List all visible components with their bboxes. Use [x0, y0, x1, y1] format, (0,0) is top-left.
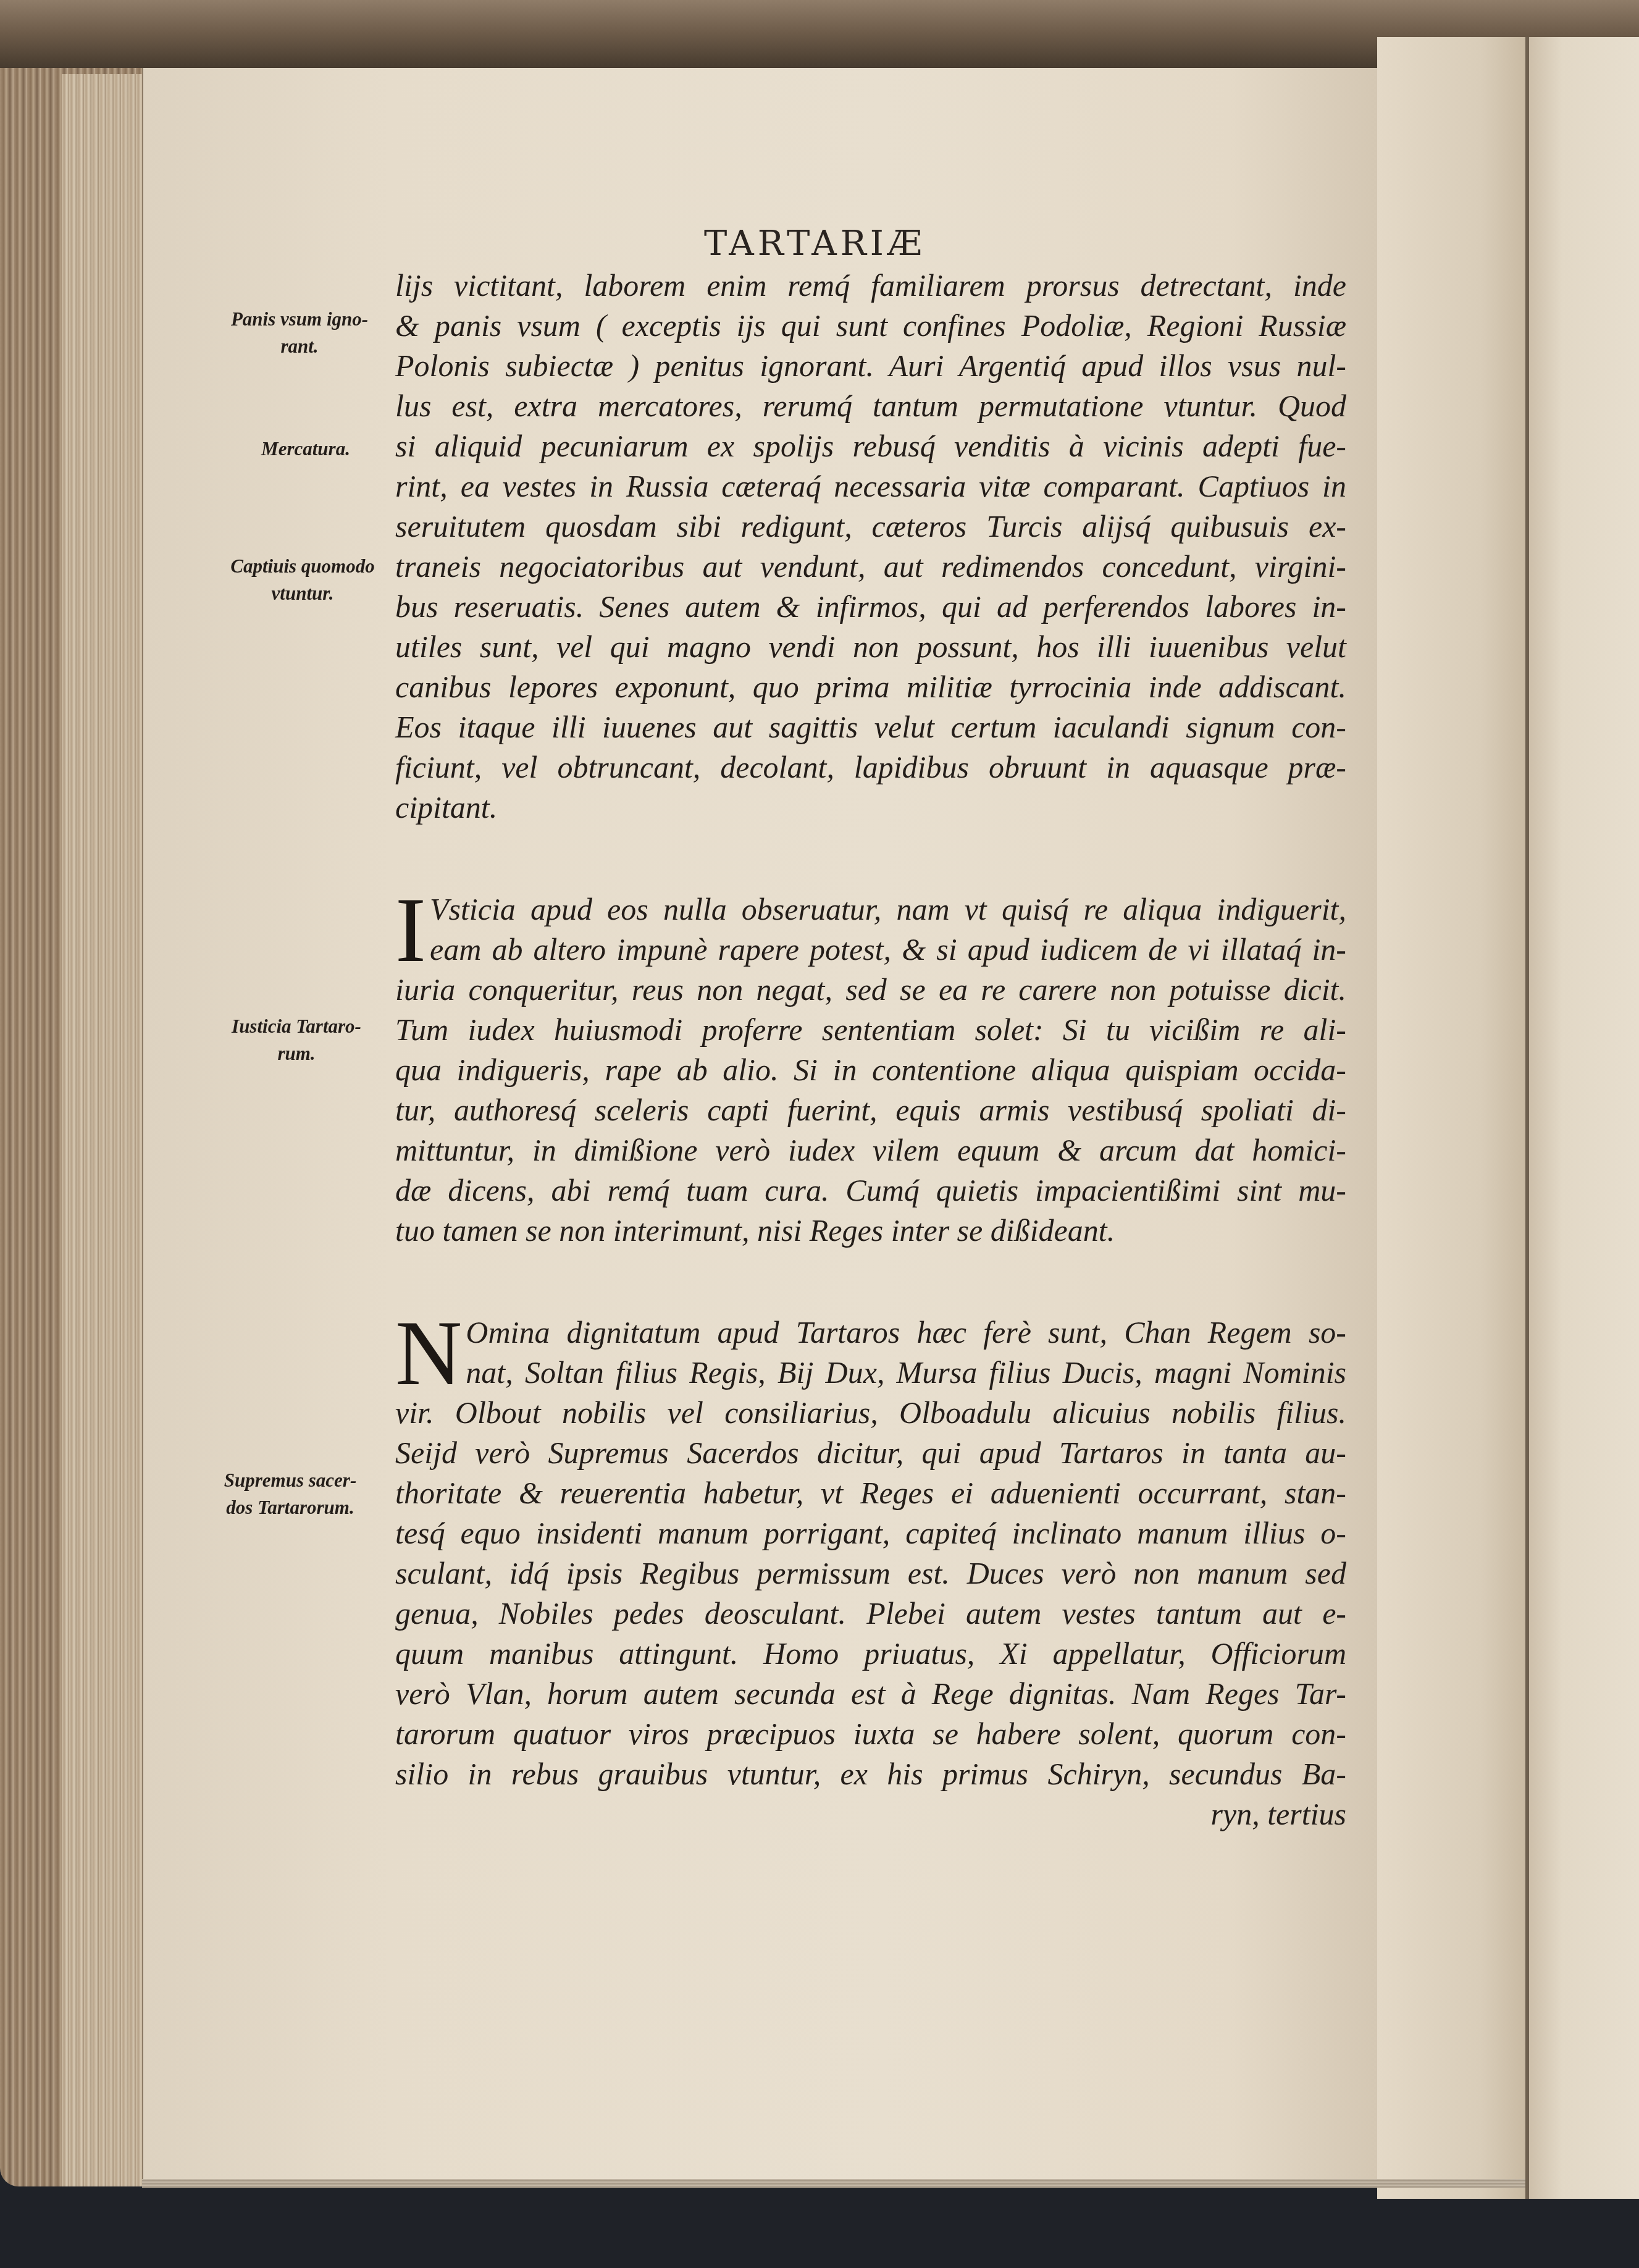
margin-note-line: rum.: [204, 1040, 389, 1067]
text-line: sculant, idq́ ipsis Regibus permissum es…: [395, 1553, 1346, 1594]
drop-cap-initial: I: [395, 893, 426, 967]
text-line: Eos itaque illi iuuenes aut sagittis vel…: [395, 707, 1346, 747]
paragraph-3: N Omina dignitatum apud Tartaros hæc fer…: [395, 1312, 1346, 1834]
text-line: mittuntur, in dimißione verò iudex vilem…: [395, 1130, 1346, 1170]
margin-note-line: Panis vsum igno-: [204, 306, 395, 333]
text-line: & panis vsum ( exceptis ijs qui sunt con…: [395, 306, 1346, 346]
text-line: quum manibus attingunt. Homo priuatus, X…: [395, 1634, 1346, 1674]
text-line: qua indigueris, rape ab alio. Si in cont…: [395, 1050, 1346, 1090]
margin-note-iusticia: Iusticia Tartaro- rum.: [204, 1013, 389, 1067]
page-stack: [62, 74, 142, 2186]
text-line: seruitutem quosdam sibi redigunt, cætero…: [395, 506, 1346, 547]
running-head: TARTARIÆ: [704, 224, 1075, 264]
margin-note-line: Supremus sacer-: [185, 1467, 395, 1494]
page-curve-shadow: [1377, 37, 1525, 2199]
text-line: Seijd verò Supremus Sacerdos dicitur, qu…: [395, 1433, 1346, 1473]
body-text: lijs victitant, laborem enim remq́ famil…: [395, 266, 1346, 1834]
text-line: vir. Olbout nobilis vel consiliarius, Ol…: [395, 1393, 1346, 1433]
drop-cap-initial: N: [395, 1316, 462, 1390]
text-line: nat, Soltan filius Regis, Bij Dux, Mursa…: [395, 1353, 1346, 1393]
text-line: si aliquid pecuniarum ex spolijs rebusq́…: [395, 426, 1346, 466]
text-line: genua, Nobiles pedes deosculant. Plebei …: [395, 1594, 1346, 1634]
text-line: verò Vlan, horum autem secunda est à Reg…: [395, 1674, 1346, 1714]
text-line: bus reseruatis. Senes autem & infirmos, …: [395, 587, 1346, 627]
text-line: silio in rebus grauibus vtuntur, ex his …: [395, 1754, 1346, 1794]
margin-note-supremus: Supremus sacer- dos Tartarorum.: [185, 1467, 395, 1521]
margin-note-line: Captiuis quomodo: [204, 553, 401, 580]
text-line: dæ dicens, abi remq́ tuam cura. Cumq́ qu…: [395, 1170, 1346, 1211]
facing-page-edge: [1529, 37, 1639, 2199]
text-line: ficiunt, vel obtruncant, decolant, lapid…: [395, 747, 1346, 787]
margin-note-line: dos Tartarorum.: [185, 1494, 395, 1521]
catchword: ryn, tertius: [395, 1794, 1346, 1834]
text-line: traneis negociatoribus aut vendunt, aut …: [395, 547, 1346, 587]
margin-note-panis: Panis vsum igno- rant.: [204, 306, 395, 360]
text-line: thoritate & reuerentia habetur, vt Reges…: [395, 1473, 1346, 1513]
text-line: utiles sunt, vel qui magno vendi non pos…: [395, 627, 1346, 667]
text-line: Vsticia apud eos nulla obseruatur, nam v…: [395, 889, 1346, 930]
page-bottom-edge: [142, 2179, 1525, 2188]
text-line: Tum iudex huiusmodi proferre sententiam …: [395, 1010, 1346, 1050]
margin-note-line: Mercatura.: [235, 435, 377, 463]
text-line: tarorum quatuor viros præcipuos iuxta se…: [395, 1714, 1346, 1754]
margin-note-captiuis: Captiuis quomodo vtuntur.: [204, 553, 401, 607]
margin-note-line: Iusticia Tartaro-: [204, 1013, 389, 1040]
text-line: iuria conqueritur, reus non negat, sed s…: [395, 970, 1346, 1010]
text-line: rint, ea vestes in Russia cæteraq́ neces…: [395, 466, 1346, 506]
text-line: eam ab altero impunè rapere potest, & si…: [395, 930, 1346, 970]
text-line: lus est, extra mercatores, rerumq́ tantu…: [395, 386, 1346, 426]
text-line: tuo tamen se non interimunt, nisi Reges …: [395, 1211, 1346, 1251]
paragraph-1: lijs victitant, laborem enim remq́ famil…: [395, 266, 1346, 828]
paragraph-2: I Vsticia apud eos nulla obseruatur, nam…: [395, 889, 1346, 1251]
text-line: canibus lepores exponunt, quo prima mili…: [395, 667, 1346, 707]
margin-note-mercatura: Mercatura.: [235, 435, 377, 463]
margin-note-line: rant.: [204, 333, 395, 360]
text-line: tesq́ equo insidenti manum porrigant, ca…: [395, 1513, 1346, 1553]
text-line: Omina dignitatum apud Tartaros hæc ferè …: [395, 1312, 1346, 1353]
text-line: Polonis subiectæ ) penitus ignorant. Aur…: [395, 346, 1346, 386]
text-line: lijs victitant, laborem enim remq́ famil…: [395, 266, 1346, 306]
margin-note-line: vtuntur.: [204, 580, 401, 607]
text-line: cipitant.: [395, 787, 1346, 828]
text-line: tur, authoresq́ sceleris capti fuerint, …: [395, 1090, 1346, 1130]
